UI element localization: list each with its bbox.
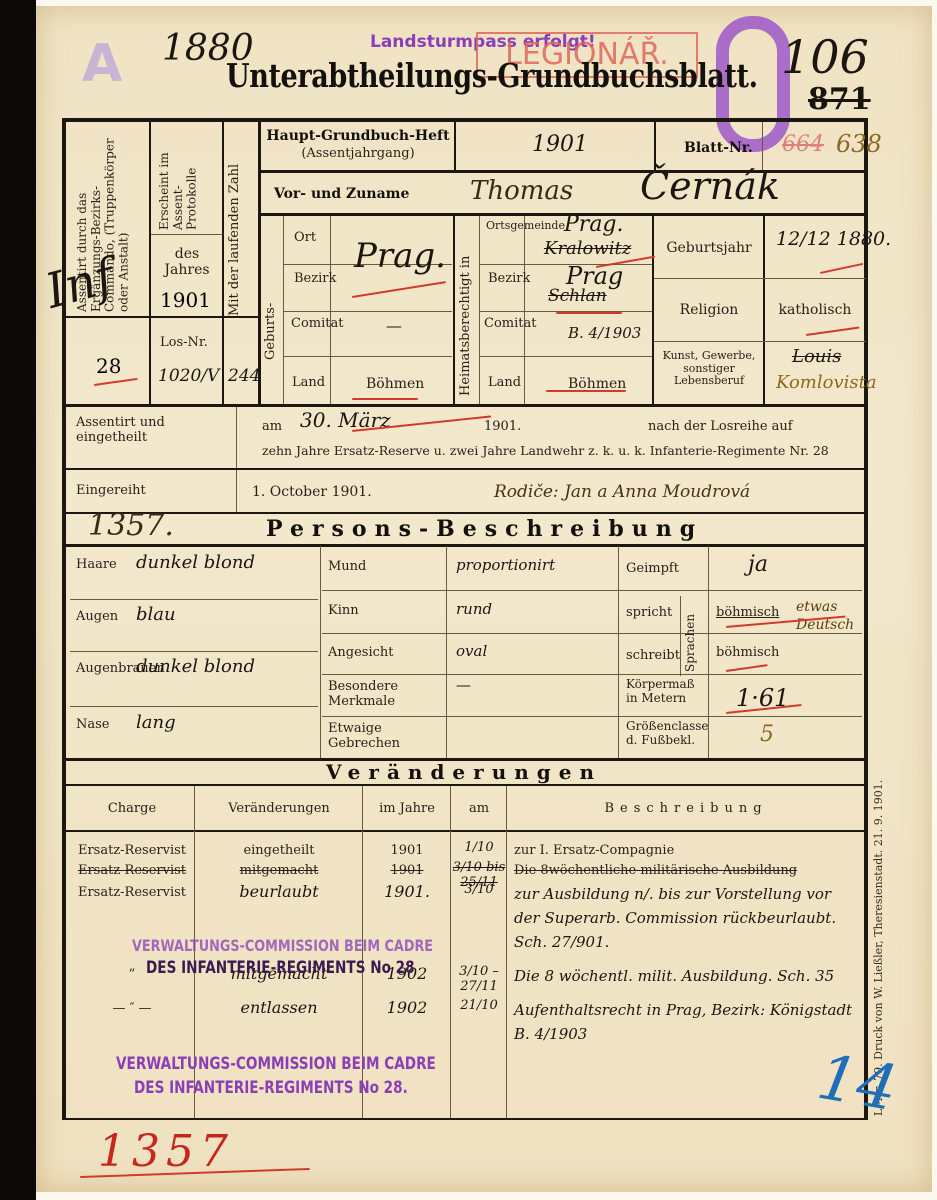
- person-attr-value: lang: [136, 712, 176, 733]
- spricht-extra: etwas Deutsch: [796, 598, 856, 634]
- land-label: Land: [292, 376, 325, 391]
- form-title: Unterabtheilungs-Grundbuchsblatt.: [226, 56, 758, 95]
- beruf-value-old: Louis: [792, 346, 841, 367]
- haupt-grundbuch-label: Haupt-Grundbuch-Heft: [264, 128, 452, 144]
- person-attr-label: Angesicht: [328, 646, 438, 661]
- person-attr-label: Augenbrauen: [76, 662, 136, 677]
- beruf-value-new: Komlovista: [776, 372, 877, 393]
- changes-column-header: am: [452, 802, 506, 817]
- religion-label: Religion: [656, 302, 762, 318]
- person-attr-label: Augen: [76, 610, 136, 625]
- los-nr-label: Los-Nr.: [160, 336, 208, 351]
- erscheint-label: Erscheint im Assent-Protokolle: [158, 134, 214, 230]
- ortsgemeinde-label: Ortsgemeinde: [486, 220, 522, 233]
- service-text: zehn Jahre Ersatz-Reserve u. zwei Jahre …: [262, 444, 829, 458]
- changes-row-description: Die 8 wöchentl. milit. Ausbildung. Sch. …: [514, 964, 854, 988]
- geburtsjahr-value: 12/12 1880.: [776, 228, 891, 250]
- blatt-nr-new: 638: [836, 130, 882, 158]
- des-jahres-value: 1901: [160, 288, 211, 312]
- losreihe-text: nach der Losreihe auf: [648, 420, 793, 435]
- person-attr-value: proportionirt: [456, 556, 555, 574]
- spricht-value: böhmisch: [716, 606, 779, 621]
- changes-row-description: Die 8wöchentliche militärische Ausbildun…: [514, 864, 854, 879]
- margin-letter-stamp: A: [82, 34, 122, 94]
- assentirt-year: 1901.: [484, 420, 521, 435]
- changes-column-header: Beschreibung: [508, 802, 864, 817]
- bezirk-label: Bezirk: [294, 272, 324, 287]
- changes-row-charge: — ″ —: [70, 1002, 194, 1017]
- ort-label: Ort: [294, 231, 316, 246]
- changes-row-description: Aufenthaltsrecht in Prag, Bezirk: Königs…: [514, 998, 854, 1046]
- person-attr-label: Haare: [76, 558, 136, 573]
- groessenclasse-label: Größenclasse d. Fußbekl.: [626, 720, 706, 748]
- comitat-value: —: [386, 316, 402, 335]
- ort-value: Prag.: [354, 236, 446, 276]
- changes-column-header: im Jahre: [364, 802, 450, 817]
- eingereiht-margin-number: 1357.: [88, 508, 174, 543]
- person-attr-label: Kinn: [328, 604, 438, 619]
- veraenderungen-title: Veränderungen: [326, 760, 602, 784]
- groessenclasse-value: 5: [760, 722, 774, 747]
- frame-right: [864, 118, 868, 1120]
- geimpft-label: Geimpft: [626, 562, 679, 577]
- changes-row-change: eingetheilt: [196, 844, 362, 859]
- personsbeschreibung-title: Persons-Beschreibung: [266, 516, 703, 542]
- assentirt-label: Assentirt und eingetheilt: [76, 416, 226, 446]
- los-nr-value: 1020/V: [158, 366, 219, 386]
- person-attr-value: dunkel blond: [136, 552, 255, 573]
- first-name: Thomas: [470, 176, 573, 206]
- changes-row-change: beurlaubt: [196, 882, 362, 901]
- heimat-comitat-label: Comitat: [484, 317, 520, 332]
- heimat-label: Heimatsberechtigt in: [459, 226, 475, 396]
- sheet-number-old: 871: [808, 82, 871, 117]
- changes-row-change: entlassen: [196, 998, 362, 1017]
- person-attr-value: dunkel blond: [136, 656, 255, 677]
- frame-bottom: [62, 1118, 868, 1120]
- changes-row-date: 3/10: [452, 882, 506, 897]
- geburts-label: Geburts-: [264, 260, 280, 360]
- book-binding: [0, 0, 36, 1200]
- commission-stamp-1-line1: VERWALTUNGS-COMMISSION BEIM CADRE: [132, 936, 433, 955]
- changes-row-charge: Ersatz-Reservist: [70, 886, 194, 901]
- person-attr-value: blau: [136, 604, 176, 625]
- person-attr-label: Nase: [76, 718, 136, 733]
- schreibt-value: böhmisch: [716, 646, 779, 661]
- commission-stamp-2-line2: DES INFANTERIE-REGIMENTS No 28.: [134, 1078, 408, 1098]
- person-attr-label: Besondere Merkmale: [328, 680, 438, 710]
- changes-row-description: zur I. Ersatz-Compagnie: [514, 844, 854, 859]
- changes-row-date: 1/10: [452, 840, 506, 855]
- comitat-label: Comitat: [291, 317, 327, 332]
- footer-red-number: 1357: [98, 1126, 234, 1177]
- ortsgemeinde-value-old: Kralowitz: [544, 238, 631, 259]
- changes-row-date: 21/10: [452, 998, 506, 1013]
- laufende-zahl-label: Mit der laufenden Zahl: [228, 136, 252, 316]
- spricht-label: spricht: [626, 606, 672, 621]
- schreibt-label: schreibt: [626, 649, 680, 664]
- changes-row-year: 1902: [364, 998, 450, 1017]
- blatt-nr-label: Blatt-Nr.: [684, 140, 753, 156]
- assentjahrgang-label: (Assentjahrgang): [264, 147, 452, 162]
- document-page: A 1880 Landsturmpass erfolgt! LEGIONÁŘ. …: [36, 6, 932, 1192]
- eingereiht-label: Eingereiht: [76, 484, 146, 499]
- geimpft-value: ja: [748, 552, 768, 577]
- footer-blue-number: 14: [812, 1040, 902, 1126]
- changes-row-year: 1901.: [364, 882, 450, 901]
- ortsgemeinde-value-new: Prag.: [564, 212, 624, 237]
- changes-row-year: 1901: [364, 864, 450, 879]
- changes-row-change: mitgemacht: [196, 864, 362, 879]
- changes-row-date: 3/10 – 27/11: [452, 964, 506, 994]
- heimat-bezirk-label: Bezirk: [488, 272, 518, 287]
- changes-row-description: zur Ausbildung n/. bis zur Vorstellung v…: [514, 882, 854, 954]
- changes-column-header: Veränderungen: [196, 802, 362, 817]
- person-attr-label: Mund: [328, 560, 438, 575]
- parents-note: Rodiče: Jan a Anna Moudrová: [494, 482, 750, 502]
- person-attr-value: rund: [456, 600, 492, 618]
- person-attr-value: oval: [456, 642, 487, 660]
- heimat-land-label: Land: [488, 376, 521, 391]
- geburtsjahr-label: Geburtsjahr: [656, 240, 762, 256]
- heimat-comitat-value: B. 4/1903: [568, 324, 641, 342]
- assentirt-am-label: am: [262, 420, 282, 435]
- changes-row-year: 1901: [364, 844, 450, 859]
- sprachen-label: Sprachen: [684, 602, 702, 672]
- blatt-nr-old: 664: [782, 132, 824, 157]
- changes-column-header: Charge: [70, 802, 194, 817]
- eingereiht-date: 1. October 1901.: [252, 484, 372, 500]
- sheet-number-new: 106: [781, 30, 869, 84]
- assentirt-value: 28: [96, 354, 121, 378]
- name-label: Vor- und Zuname: [274, 186, 409, 202]
- laufende-zahl-value: 244: [228, 366, 260, 386]
- person-attr-label: Etwaige Gebrechen: [328, 722, 438, 752]
- religion-value: katholisch: [766, 302, 864, 318]
- beruf-label: Kunst, Gewerbe, sonstiger Lebensberuf: [656, 350, 762, 388]
- commission-stamp-1-line2: DES INFANTERIE-REGIMENTS No 28: [146, 958, 415, 978]
- des-jahres-label: des Jahres: [154, 246, 220, 278]
- haupt-grundbuch-value: 1901: [532, 132, 588, 157]
- changes-row-charge: Ersatz-Reservist: [70, 844, 194, 859]
- heimat-bezirk-value-old: Schlan: [548, 286, 607, 306]
- person-attr-value: —: [456, 676, 471, 694]
- commission-stamp-2-line1: VERWALTUNGS-COMMISSION BEIM CADRE: [116, 1054, 436, 1074]
- koerpermass-label: Körpermaß in Metern: [626, 678, 706, 706]
- land-value: Böhmen: [366, 376, 424, 392]
- last-name: Černák: [640, 164, 780, 208]
- changes-row-charge: Ersatz-Reservist: [70, 864, 194, 879]
- frame-top: [62, 118, 868, 122]
